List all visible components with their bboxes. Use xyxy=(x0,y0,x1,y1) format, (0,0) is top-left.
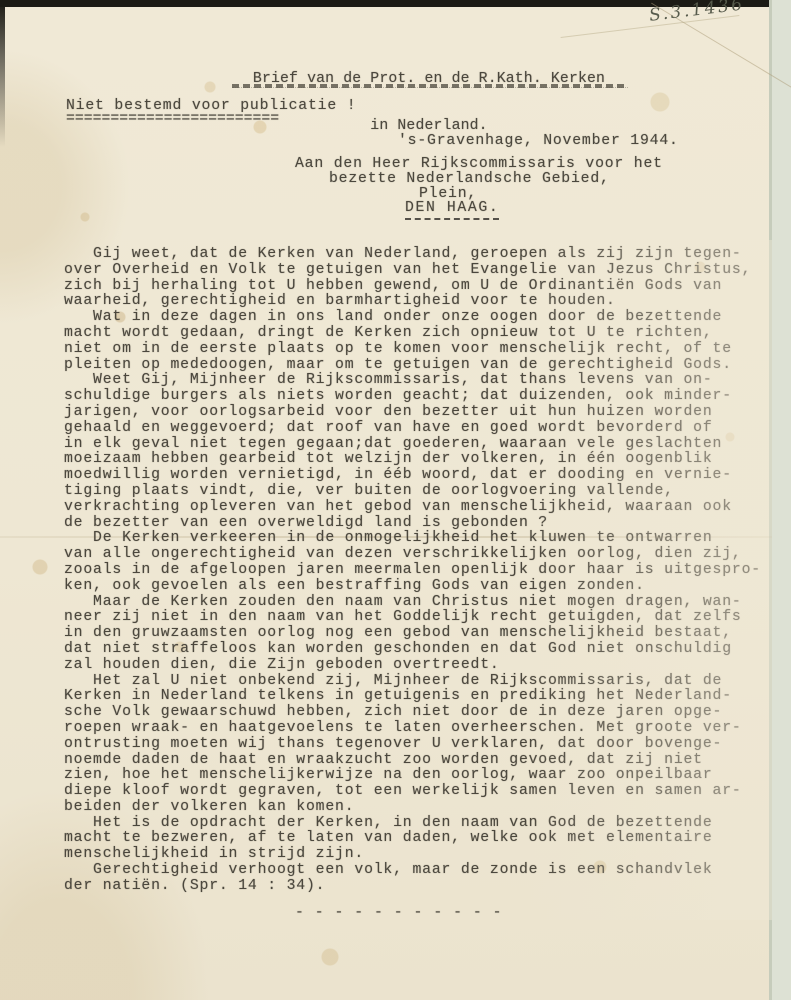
body-line: roepen wraak- en haatgevoelens te laten … xyxy=(64,721,764,737)
body-line: De Kerken verkeeren in de onmogelijkheid… xyxy=(64,531,764,547)
title-separator-rule xyxy=(232,84,628,88)
body-line: ken, ook gevoelen als een bestraffing Go… xyxy=(64,579,764,595)
body-line: Kerken in Nederland telkens in getuigeni… xyxy=(64,689,764,705)
address-line-city: DEN HAAG. xyxy=(405,201,499,220)
body-line: van alle ongerechtigheid van dezen versc… xyxy=(64,547,764,563)
body-line: gehaald en weggevoerd; dat roof van have… xyxy=(64,421,764,437)
publication-notice-underline: ======================== xyxy=(66,112,279,128)
body-line: noemde daden de haat en wraakzucht zoo w… xyxy=(64,753,764,769)
body-line: Gij weet, dat de Kerken van Nederland, g… xyxy=(64,247,764,263)
body-line: Gerechtigheid verhoogt een volk, maar de… xyxy=(64,863,764,879)
body-line: Wat in deze dagen in ons land onder onze… xyxy=(64,310,764,326)
closing-dashed-rule: - - - - - - - - - - - xyxy=(295,906,502,922)
body-line: menschelijkheid in strijd zijn. xyxy=(64,847,764,863)
body-line: verkrachting opleveren van het gebod van… xyxy=(64,500,764,516)
body-line: moeizaam hebben gearbeid tot welzijn der… xyxy=(64,452,764,468)
body-line: diepe kloof wordt gegraven, tot een werk… xyxy=(64,784,764,800)
body-line: sche Volk gewaarschuwd hebben, zich niet… xyxy=(64,705,764,721)
body-line: Weet Gij, Mijnheer de Rijkscommissaris, … xyxy=(64,373,764,389)
body-line: der natiën. (Spr. 14 : 34). xyxy=(64,879,764,895)
body-line: moedwillig worden vernietigd, in ééb woo… xyxy=(64,468,764,484)
body-line: dat niet straffeloos kan worden geschond… xyxy=(64,642,764,658)
body-line: macht wordt gedaan, dringt de Kerken zic… xyxy=(64,326,764,342)
body-line: waarheid, gerechtigheid en barmhartighei… xyxy=(64,294,764,310)
body-line: schuldige burgers als niets worden geach… xyxy=(64,389,764,405)
body-line: zooals in de afgeloopen jaren meermalen … xyxy=(64,563,764,579)
document-scan: S.3.1436 Brief van de Prot. en de R.Kath… xyxy=(0,0,791,1000)
scanner-background-strip xyxy=(769,0,791,1000)
body-line: in elk geval niet tegen gegaan;dat goede… xyxy=(64,437,764,453)
body-line: in den gruwzaamsten oorlog nog een gebod… xyxy=(64,626,764,642)
body-line: Het zal U niet onbekend zij, Mijnheer de… xyxy=(64,674,764,690)
body-line: pleiten op mededoogen, maar om te getuig… xyxy=(64,358,764,374)
body-line: zien, hoe het menschelijkerwijze na den … xyxy=(64,768,764,784)
body-line: Maar de Kerken zouden den naam van Chris… xyxy=(64,595,764,611)
body-line: niet om in de eerste plaats op te komen … xyxy=(64,342,764,358)
body-line: ontrusting moeten wij thans tegenover U … xyxy=(64,737,764,753)
body-line: over Overheid en Volk te getuigen van he… xyxy=(64,263,764,279)
body-line: jarigen, voor oorlogsarbeid voor den bez… xyxy=(64,405,764,421)
body-line: macht te bezweren, af te laten van daden… xyxy=(64,831,764,847)
body-line: zal houden dien, die Zijn geboden overtr… xyxy=(64,658,764,674)
body-line: neer zij niet in den naam van het Goddel… xyxy=(64,610,764,626)
body-line: de bezetter van een overweldigd land is … xyxy=(64,516,764,532)
scan-edge-shadow xyxy=(0,7,5,147)
body-text: Gij weet, dat de Kerken van Nederland, g… xyxy=(64,247,764,895)
body-line: beiden der volkeren kan komen. xyxy=(64,800,764,816)
body-line: tiging plaats vindt, die, ver buiten de … xyxy=(64,484,764,500)
dateline: 's-Gravenhage, November 1944. xyxy=(398,134,679,150)
